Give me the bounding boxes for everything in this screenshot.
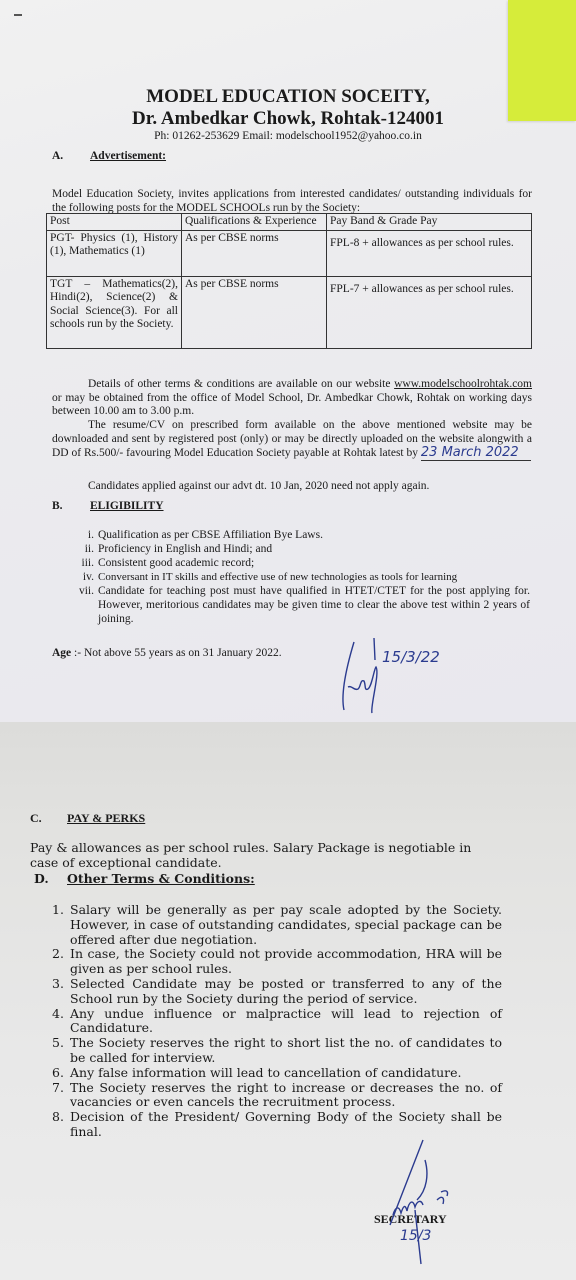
table-cell: FPL-7 + allowances as per school rules. [327, 276, 532, 348]
list-item: 2.In case, the Society could not provide… [52, 947, 502, 977]
section-a-heading: A.Advertisement: [52, 150, 166, 162]
scan-mark [14, 14, 22, 16]
item-text: Selected Candidate may be posted or tran… [70, 977, 502, 1007]
list-item: 1.Salary will be generally as per pay sc… [52, 903, 502, 947]
age-text: :- Not above 55 years as on 31 January 2… [71, 647, 281, 659]
section-letter: A. [52, 150, 90, 162]
section-title: PAY & PERKS [67, 811, 145, 825]
advertisement-intro: Model Education Society, invites applica… [52, 188, 532, 215]
age-label: Age [52, 647, 71, 659]
list-item: iv.Conversant in IT skills and effective… [70, 570, 530, 584]
table-row: TGT – Mathematics(2), Hindi(2), Science(… [47, 276, 532, 348]
table-cell: TGT – Mathematics(2), Hindi(2), Science(… [47, 276, 182, 348]
reapply-note: Candidates applied against our advt dt. … [88, 480, 538, 494]
item-text: Qualification as per CBSE Affiliation By… [98, 528, 530, 542]
list-item: 7.The Society reserves the right to incr… [52, 1081, 502, 1111]
age-criterion: Age :- Not above 55 years as on 31 Janua… [52, 647, 352, 661]
table-cell: As per CBSE norms [182, 276, 327, 348]
posts-table: Post Qualifications & Experience Pay Ban… [46, 213, 532, 349]
item-text: The Society reserves the right to increa… [70, 1081, 502, 1111]
secretary-signature-date: 15/3 [400, 1228, 431, 1244]
signature-date: 15/3/22 [382, 648, 440, 666]
website-link[interactable]: www.modelschoolrohtak.com [394, 378, 532, 390]
section-letter: B. [52, 500, 90, 512]
list-item: ii.Proficiency in English and Hindi; and [70, 542, 530, 556]
section-d-heading: D.Other Terms & Conditions: [34, 871, 255, 886]
table-header: Qualifications & Experience [182, 214, 327, 231]
details-paragraph: Details of other terms & conditions are … [52, 378, 532, 419]
terms-list: 1.Salary will be generally as per pay sc… [52, 903, 502, 1140]
list-item: 3.Selected Candidate may be posted or tr… [52, 977, 502, 1007]
section-b-heading: B.ELIGIBILITY [52, 500, 164, 512]
item-number: 1. [52, 903, 70, 947]
item-number: iv. [70, 570, 98, 584]
org-name: MODEL EDUCATION SOCEITY, [0, 86, 576, 108]
page-one: MODEL EDUCATION SOCEITY, Dr. Ambedkar Ch… [0, 0, 576, 722]
org-address: Dr. Ambedkar Chowk, Rohtak-124001 [0, 108, 576, 130]
section-letter: C. [30, 811, 67, 826]
list-item: i.Qualification as per CBSE Affiliation … [70, 528, 530, 542]
eligibility-list: i.Qualification as per CBSE Affiliation … [70, 528, 530, 626]
item-number: ii. [70, 542, 98, 556]
resume-paragraph: The resume/CV on prescribed form availab… [52, 419, 532, 461]
item-text: Candidate for teaching post must have qu… [98, 584, 530, 626]
table-cell: FPL-8 + allowances as per school rules. [327, 230, 532, 276]
item-text: The Society reserves the right to short … [70, 1036, 502, 1066]
list-item: 6.Any false information will lead to can… [52, 1066, 502, 1081]
section-c-heading: C.PAY & PERKS [30, 811, 145, 826]
item-number: iii. [70, 556, 98, 570]
section-title: Advertisement: [90, 150, 166, 162]
section-letter: D. [34, 871, 67, 886]
item-text: Conversant in IT skills and effective us… [98, 570, 530, 584]
table-header: Post [47, 214, 182, 231]
section-title: Other Terms & Conditions: [67, 871, 255, 886]
pay-perks-text: Pay & allowances as per school rules. Sa… [30, 841, 500, 870]
list-item: 4.Any undue influence or malpractice wil… [52, 1007, 502, 1037]
list-item: vii.Candidate for teaching post must hav… [70, 584, 530, 626]
item-text: Salary will be generally as per pay scal… [70, 903, 502, 947]
org-contact: Ph: 01262-253629 Email: modelschool1952@… [0, 130, 576, 142]
table-header: Pay Band & Grade Pay [327, 214, 532, 231]
item-number: i. [70, 528, 98, 542]
item-number: 8. [52, 1110, 70, 1140]
details-text: or may be obtained from the office of Mo… [52, 392, 532, 418]
item-number: 4. [52, 1007, 70, 1037]
item-text: Any false information will lead to cance… [70, 1066, 502, 1081]
table-row: PGT- Physics (1), History (1), Mathemati… [47, 230, 532, 276]
item-number: vii. [70, 584, 98, 626]
list-item: iii.Consistent good academic record; [70, 556, 530, 570]
item-text: In case, the Society could not provide a… [70, 947, 502, 977]
item-number: 6. [52, 1066, 70, 1081]
handwritten-deadline: 23 March 2022 [421, 446, 531, 461]
item-number: 3. [52, 977, 70, 1007]
section-title: ELIGIBILITY [90, 500, 164, 512]
item-text: Proficiency in English and Hindi; and [98, 542, 530, 556]
item-text: Consistent good academic record; [98, 556, 530, 570]
item-text: Any undue influence or malpractice will … [70, 1007, 502, 1037]
item-number: 2. [52, 947, 70, 977]
table-header-row: Post Qualifications & Experience Pay Ban… [47, 214, 532, 231]
table-cell: PGT- Physics (1), History (1), Mathemati… [47, 230, 182, 276]
item-number: 5. [52, 1036, 70, 1066]
signature-icon [330, 632, 480, 722]
list-item: 5.The Society reserves the right to shor… [52, 1036, 502, 1066]
table-cell: As per CBSE norms [182, 230, 327, 276]
details-text: Details of other terms & conditions are … [88, 378, 394, 390]
item-number: 7. [52, 1081, 70, 1111]
secretary-signature-icon [385, 1130, 475, 1275]
